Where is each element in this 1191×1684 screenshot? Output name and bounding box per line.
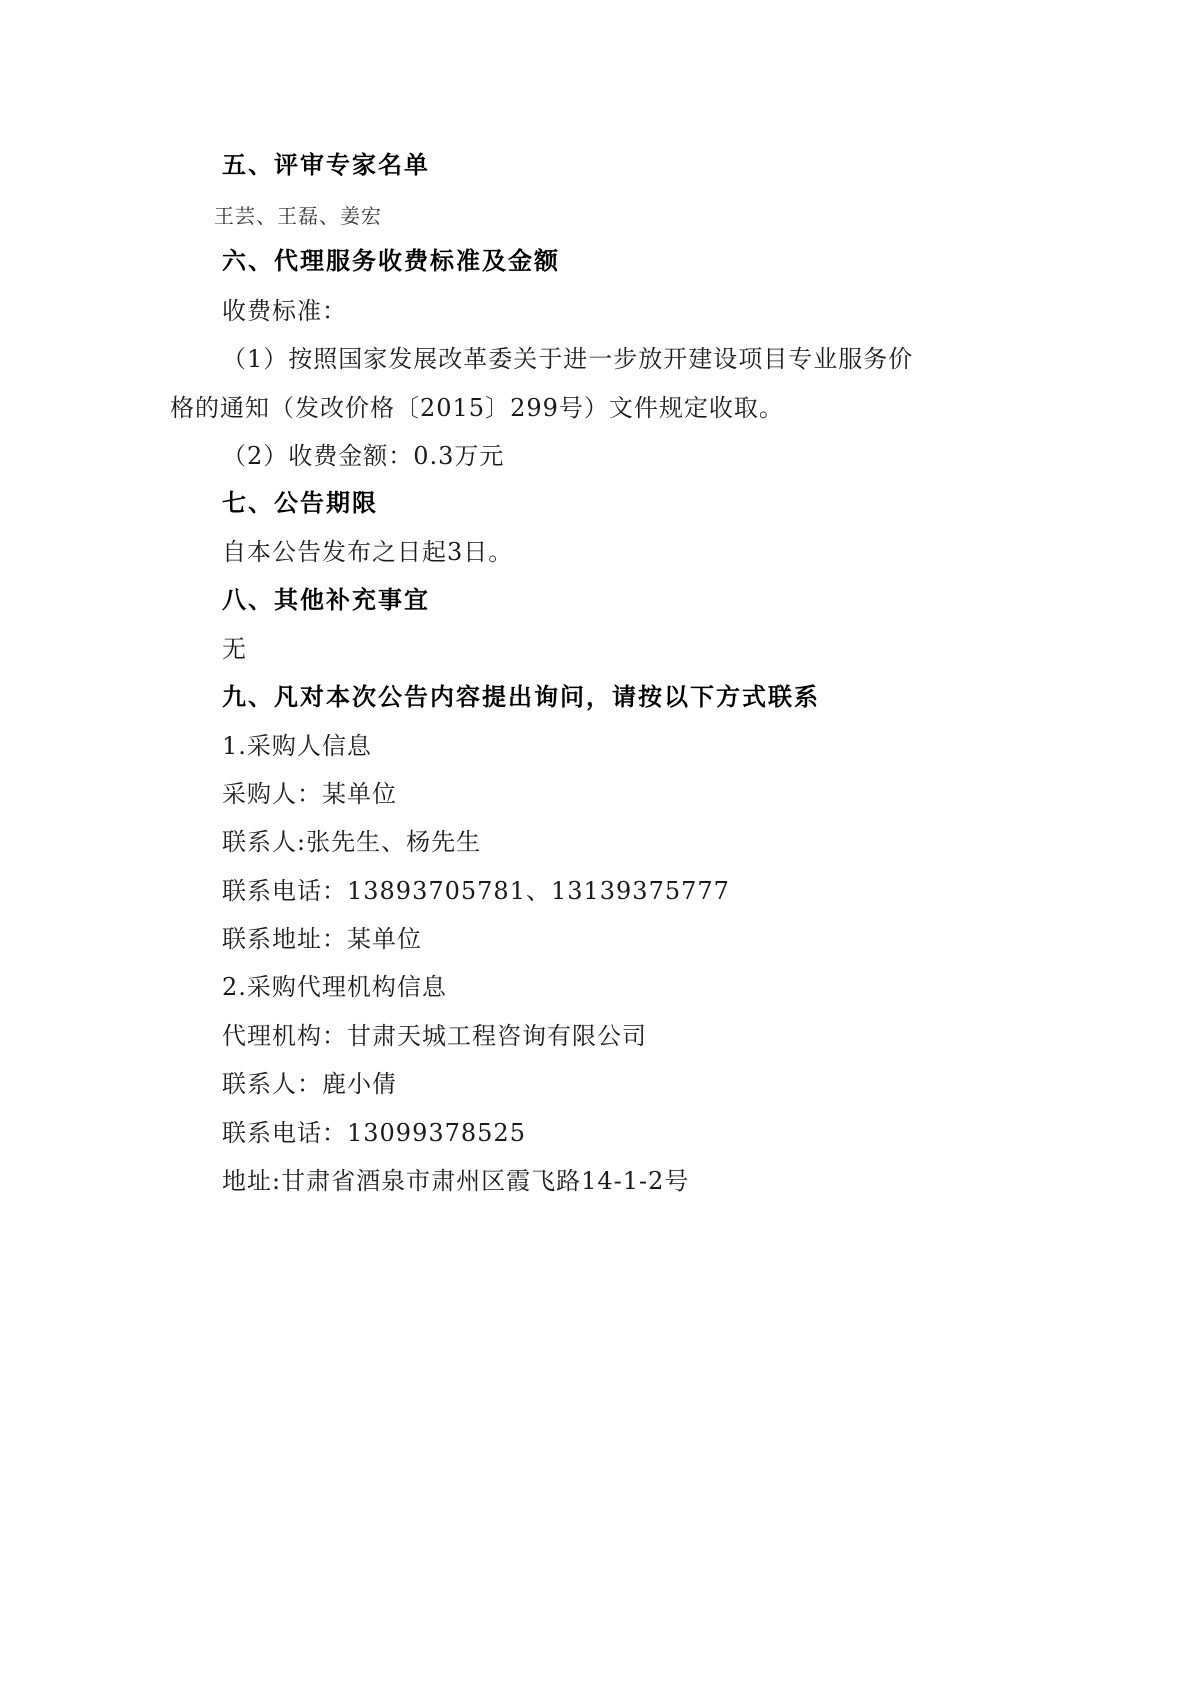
section-heading-expert-list: 五、评审专家名单	[222, 150, 430, 180]
agency-phone: 联系电话：13099378525	[222, 1118, 526, 1148]
notice-period-text: 自本公告发布之日起3日。	[222, 537, 513, 567]
section-heading-notice-period: 七、公告期限	[222, 488, 378, 518]
other-matters-text: 无	[222, 634, 247, 664]
purchaser-address: 联系地址：某单位	[222, 924, 422, 954]
purchaser-info-title: 1.采购人信息	[222, 731, 372, 761]
fee-standard-label: 收费标准：	[222, 296, 347, 326]
section-heading-contact: 九、凡对本次公告内容提出询问，请按以下方式联系	[222, 682, 820, 712]
fee-rule-line-1: （1）按照国家发展改革委关于进一步放开建设项目专业服务价	[222, 344, 913, 374]
purchaser-name: 采购人：某单位	[222, 779, 397, 809]
section-heading-fee-standard: 六、代理服务收费标准及金额	[222, 246, 560, 276]
section-heading-other-matters: 八、其他补充事宜	[222, 585, 430, 615]
fee-rule-line-2: 格的通知（发改价格〔2015〕299号）文件规定收取。	[170, 393, 784, 423]
document-page: 五、评审专家名单 王芸、王磊、姜宏 六、代理服务收费标准及金额 收费标准： （1…	[0, 0, 1191, 1684]
fee-amount: （2）收费金额：0.3万元	[222, 441, 504, 471]
agency-name: 代理机构：甘肃天城工程咨询有限公司	[222, 1021, 647, 1051]
agency-address: 地址:甘肃省酒泉市肃州区霞飞路14-1-2号	[222, 1166, 689, 1196]
agency-info-title: 2.采购代理机构信息	[222, 972, 447, 1002]
expert-names: 王芸、王磊、姜宏	[214, 201, 382, 231]
purchaser-phone: 联系电话：13893705781、13139375777	[222, 876, 730, 906]
purchaser-contact-person: 联系人:张先生、杨先生	[222, 827, 481, 857]
agency-contact-person: 联系人：鹿小倩	[222, 1069, 397, 1099]
